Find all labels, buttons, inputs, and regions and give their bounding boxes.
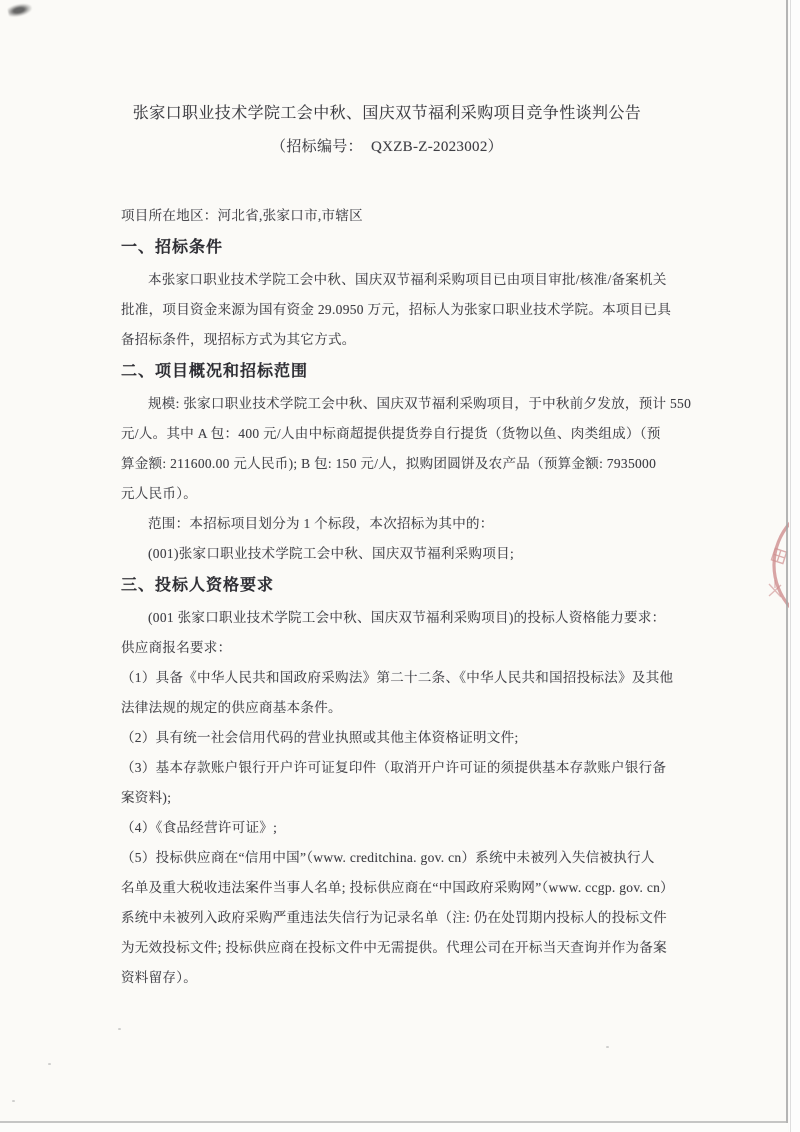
scan-smudge [7,2,33,19]
paragraph: (001 张家口职业技术学院工会中秋、国庆双节福利采购项目)的投标人资格能力要求… [121,603,653,633]
section-heading-1: 一、招标条件 [121,233,653,263]
paragraph: （4）《食品经营许可证》; [121,813,653,843]
text-line: （5）投标供应商在“信用中国”（www. creditchina. gov. c… [121,843,653,873]
text-line: 范围：本招标项目划分为 1 个标段，本次招标为其中的： [121,509,653,539]
scan-speck [606,1046,609,1048]
text-line: （1）具备《中华人民共和国政府采购法》第二十二条、《中华人民共和国招投标法》及其… [121,663,653,693]
text-line: 名单及重大税收违法案件当事人名单; 投标供应商在“中国政府采购网”（www. c… [121,873,653,903]
paragraph: 供应商报名要求： [121,633,653,663]
text-line: 供应商报名要求： [121,633,653,663]
text-line: 法律法规的规定的供应商基本条件。 [121,693,653,723]
document-subtitle: （招标编号： QXZB-Z-2023002） [121,137,653,157]
paragraph: （5）投标供应商在“信用中国”（www. creditchina. gov. c… [121,843,653,993]
paragraph: 规模: 张家口职业技术学院工会中秋、国庆双节福利采购项目，于中秋前夕发放，预计 … [121,389,653,509]
section-heading-3: 三、投标人资格要求 [121,571,653,601]
text-line: 元人民币）。 [121,479,653,509]
paragraph: 本张家口职业技术学院工会中秋、国庆双节福利采购项目已由项目审批/核准/备案机关批… [121,265,653,355]
page-right-edge-highlight [790,0,791,1132]
paragraph: (001)张家口职业技术学院工会中秋、国庆双节福利采购项目; [121,539,653,569]
document-sections: 一、招标条件本张家口职业技术学院工会中秋、国庆双节福利采购项目已由项目审批/核准… [121,233,653,993]
text-line: 资料留存）。 [121,963,653,993]
text-line: （2）具有统一社会信用代码的营业执照或其他主体资格证明文件; [121,723,653,753]
project-location-line: 项目所在地区：河北省,张家口市,市辖区 [121,201,653,231]
text-line: 批准，项目资金来源为国有资金 29.0950 万元，招标人为张家口职业技术学院。… [121,295,653,325]
paragraph: （3）基本存款账户银行开户许可证复印件（取消开户许可证的须提供基本存款账户银行备… [121,753,653,813]
text-line: 规模: 张家口职业技术学院工会中秋、国庆双节福利采购项目，于中秋前夕发放，预计 … [121,389,653,419]
page-right-edge [786,0,788,1132]
text-line: (001)张家口职业技术学院工会中秋、国庆双节福利采购项目; [121,539,653,569]
scan-speck [12,1100,15,1102]
document-content: 张家口职业技术学院工会中秋、国庆双节福利采购项目竞争性谈判公告 （招标编号： Q… [121,0,653,993]
text-line: 为无效投标文件; 投标供应商在投标文件中无需提供。代理公司在开标当天查询并作为备… [121,933,653,963]
scan-speck [48,1063,51,1065]
document-title: 张家口职业技术学院工会中秋、国庆双节福利采购项目竞争性谈判公告 [121,103,653,125]
paragraph: （1）具备《中华人民共和国政府采购法》第二十二条、《中华人民共和国招投标法》及其… [121,663,653,723]
text-line: 备招标条件，现招标方式为其它方式。 [121,325,653,355]
text-line: （4）《食品经营许可证》; [121,813,653,843]
section-heading-2: 二、项目概况和招标范围 [121,357,653,387]
text-line: 元/人。其中 A 包：400 元/人由中标商超提供提货券自行提货（货物以鱼、肉类… [121,419,653,449]
text-line: （3）基本存款账户银行开户许可证复印件（取消开户许可证的须提供基本存款账户银行备 [121,753,653,783]
paragraph: （2）具有统一社会信用代码的营业执照或其他主体资格证明文件; [121,723,653,753]
text-line: 本张家口职业技术学院工会中秋、国庆双节福利采购项目已由项目审批/核准/备案机关 [121,265,653,295]
scanned-document-page: 张家口职业技术学院工会中秋、国庆双节福利采购项目竞争性谈判公告 （招标编号： Q… [0,0,800,1132]
text-line: 算金额: 211600.00 元人民币); B 包: 150 元/人，拟购团圆饼… [121,449,653,479]
text-line: (001 张家口职业技术学院工会中秋、国庆双节福利采购项目)的投标人资格能力要求… [121,603,653,633]
text-line: 案资料); [121,783,653,813]
scan-speck [118,1028,121,1030]
text-line: 系统中未被列入政府采购严重违法失信行为记录名单（注: 仍在处罚期内投标人的投标文… [121,903,653,933]
page-bottom-margin [0,1123,788,1132]
paragraph: 范围：本招标项目划分为 1 个标段，本次招标为其中的： [121,509,653,539]
